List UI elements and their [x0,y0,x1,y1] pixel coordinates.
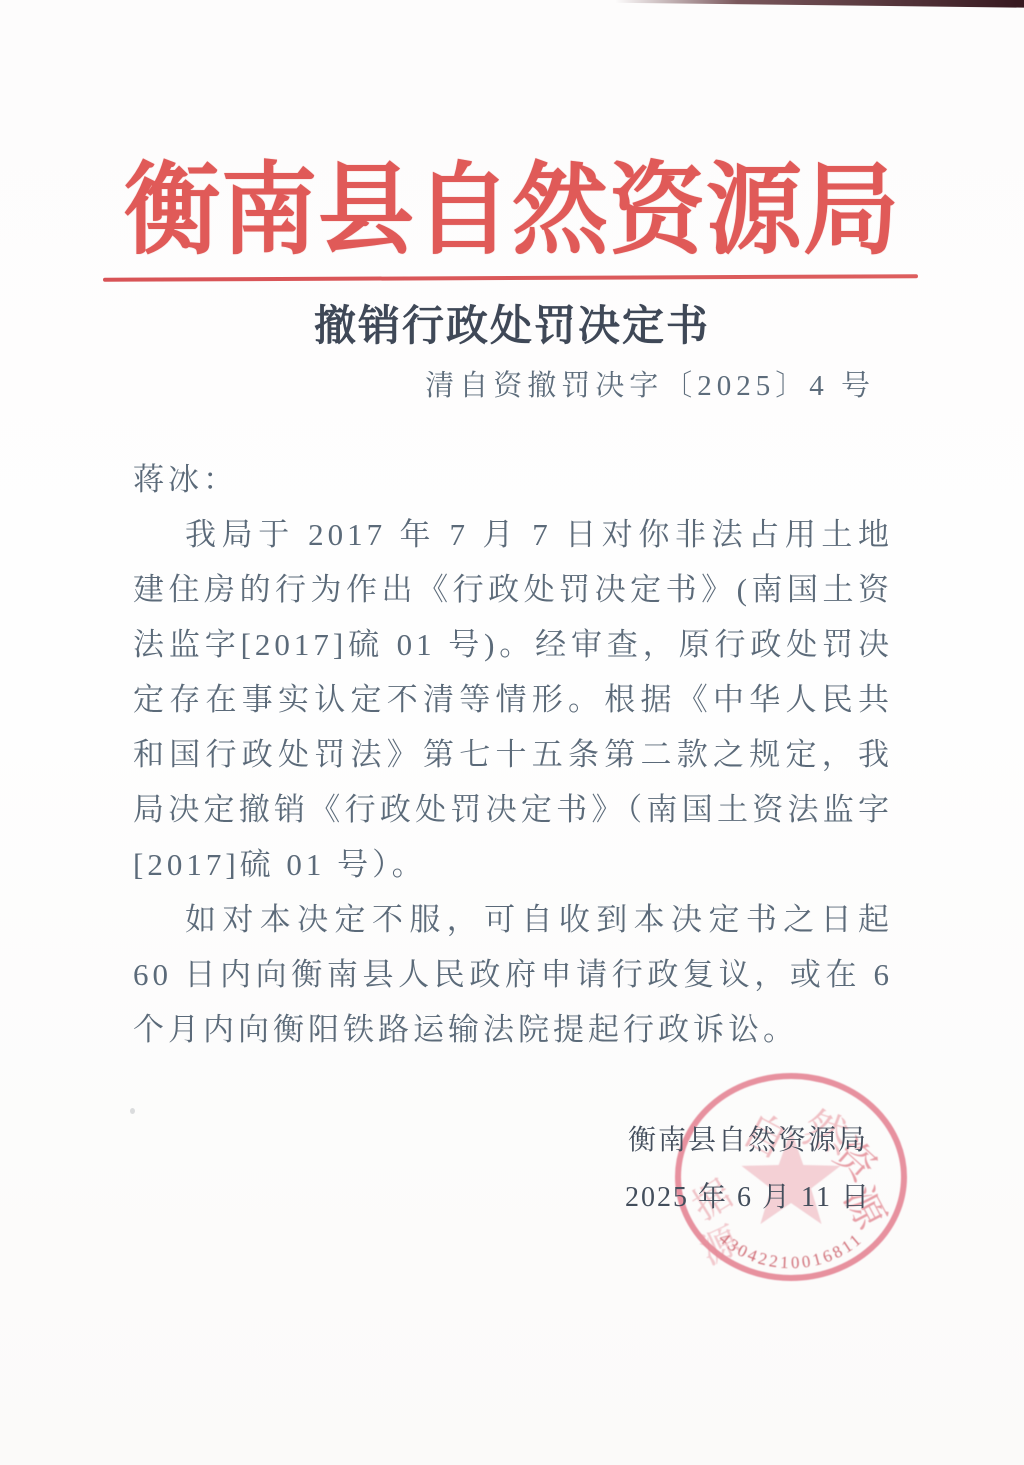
signature-agency: 衡南县自然资源局 [598,1112,898,1169]
document-title: 撤销行政处罚决定书 [0,301,1024,351]
agency-header: 衡南县自然资源局 [0,150,1024,273]
body-paragraph-2: 如对本决定不服，可自收到本决定书之日起 60 日内向衡南县人民政府申请行政复议，… [133,892,893,1057]
body-paragraph-1: 我局于 2017 年 7 月 7 日对你非法占用土地建住房的行为作出《行政处罚决… [133,507,893,892]
salutation: 蒋冰： [133,452,893,507]
photo-edge-shadow [615,0,1024,9]
document-number: 清自资撤罚决字〔2025〕4 号 [133,366,893,406]
signature-date: 2025 年 6 月 11 日 [598,1169,898,1226]
document-page: 衡南县自然资源局 撤销行政处罚决定书 清自资撤罚决字〔2025〕4 号 蒋冰： … [0,0,1024,1465]
signature-block: 衡南县自然资源局 2025 年 6 月 11 日 [598,1112,898,1226]
document-body: 蒋冰： 我局于 2017 年 7 月 7 日对你非法占用土地建住房的行为作出《行… [133,452,893,1057]
header-rule [103,274,918,282]
paper-speck [130,1108,135,1114]
